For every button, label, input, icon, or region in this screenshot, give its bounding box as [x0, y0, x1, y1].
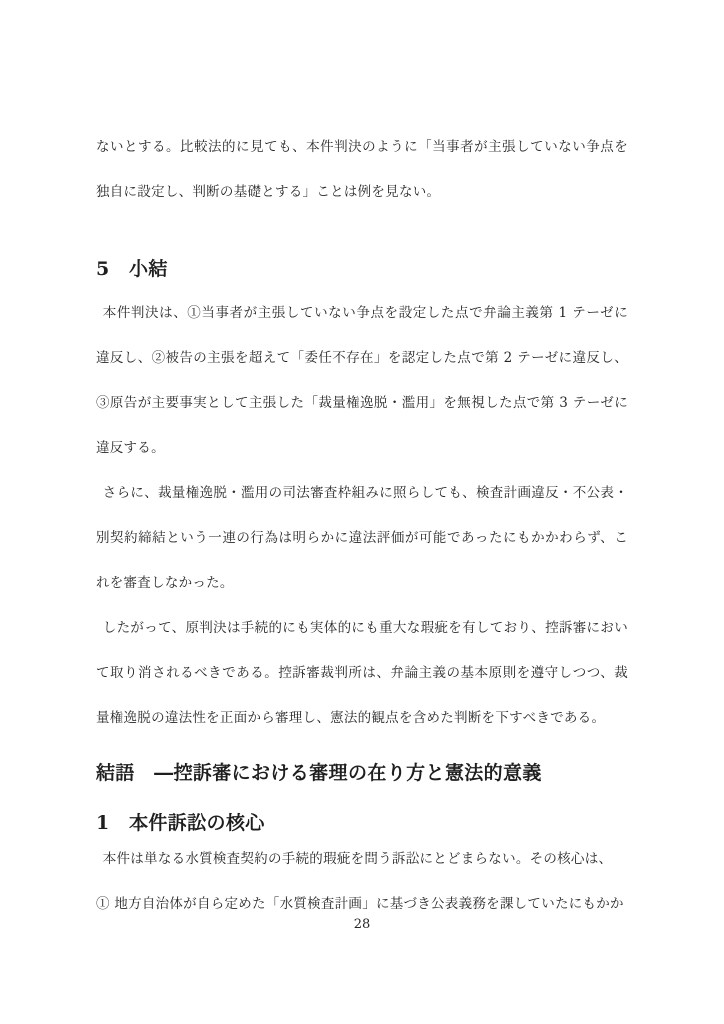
section-5-paragraph-3: したがって、原判決は手続的にも実体的にも重大な瑕疵を有しており、控訴審において取… [96, 606, 628, 741]
section-5-paragraph-2: さらに、裁量権逸脱・濫用の司法審査枠組みに照らしても、検査計画違反・不公表・別契… [96, 471, 628, 606]
paragraph-continuation: ないとする。比較法的に見ても、本件判決のように「当事者が主張していない争点を独自… [96, 125, 628, 215]
conclusion-section-1-paragraph: 本件は単なる水質検査契約の手続的瑕疵を問う訴訟にとどまらない。その核心は、 [96, 837, 628, 882]
document-page: ないとする。比較法的に見ても、本件判決のように「当事者が主張していない争点を独自… [0, 0, 724, 1024]
section-5-paragraph-1: 本件判決は、①当事者が主張していない争点を設定した点で弁論主義第 1 テーゼに違… [96, 291, 628, 471]
conclusion-section-1-heading: 1 本件訴訟の核心 [96, 809, 628, 837]
section-5-heading: 5 小結 [96, 255, 628, 283]
conclusion-heading: 結語 ―控訴審における審理の在り方と憲法的意義 [96, 759, 628, 787]
